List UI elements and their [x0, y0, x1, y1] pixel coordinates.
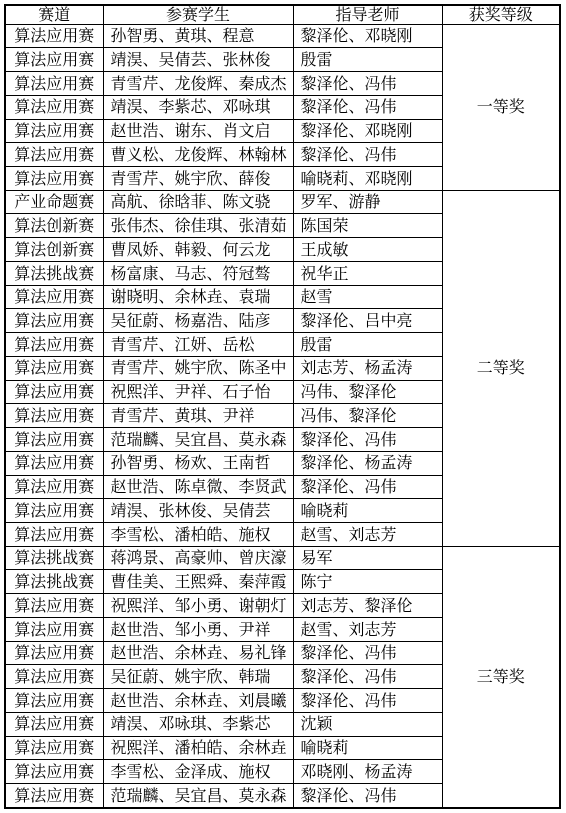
header-row: 赛道参赛学生指导老师获奖等级: [5, 5, 560, 24]
teachers-cell: 黎泽伦、冯伟: [293, 95, 442, 119]
teachers-cell: 殷雷: [293, 48, 442, 72]
awards-table-body: 算法应用赛孙智勇、黄琪、程意黎泽伦、邓晓刚一等奖算法应用赛靖淏、吴倩芸、张林俊殷…: [5, 24, 560, 808]
students-cell: 靖淏、吴倩芸、张林俊: [103, 48, 293, 72]
track-cell: 算法应用赛: [5, 24, 103, 48]
students-cell: 张伟杰、徐佳琪、张清茹: [103, 214, 293, 238]
teachers-cell: 喻晓莉、邓晓刚: [293, 167, 442, 191]
track-cell: 算法应用赛: [5, 167, 103, 191]
teachers-cell: 罗军、游静: [293, 190, 442, 214]
track-cell: 算法应用赛: [5, 736, 103, 760]
teachers-cell: 黎泽伦、冯伟: [293, 689, 442, 713]
track-cell: 算法应用赛: [5, 48, 103, 72]
students-cell: 曹凤娇、韩毅、何云龙: [103, 238, 293, 262]
teachers-cell: 黎泽伦、冯伟: [293, 641, 442, 665]
track-cell: 算法应用赛: [5, 451, 103, 475]
students-cell: 李雪松、潘柏皓、施权: [103, 523, 293, 547]
track-cell: 算法应用赛: [5, 309, 103, 333]
track-cell: 算法应用赛: [5, 404, 103, 428]
track-cell: 算法应用赛: [5, 95, 103, 119]
students-cell: 杨富康、马志、符冠骜: [103, 261, 293, 285]
teachers-cell: 赵雪、刘志芳: [293, 617, 442, 641]
students-cell: 青雪芹、姚宇欣、陈圣中: [103, 356, 293, 380]
teachers-cell: 黎泽伦、邓晓刚: [293, 119, 442, 143]
students-cell: 靖淏、张林俊、吴倩芸: [103, 499, 293, 523]
students-cell: 青雪芹、姚宇欣、薛俊: [103, 167, 293, 191]
awards-table-header: 赛道参赛学生指导老师获奖等级: [5, 5, 560, 24]
teachers-cell: 易军: [293, 546, 442, 570]
students-cell: 孙智勇、黄琪、程意: [103, 24, 293, 48]
students-cell: 李雪松、金泽成、施权: [103, 760, 293, 784]
track-cell: 算法应用赛: [5, 119, 103, 143]
teachers-cell: 黎泽伦、吕中亮: [293, 309, 442, 333]
teachers-cell: 刘志芳、杨孟涛: [293, 356, 442, 380]
track-cell: 算法应用赛: [5, 143, 103, 167]
students-cell: 范瑞麟、吴宜昌、莫永森: [103, 784, 293, 808]
students-cell: 范瑞麟、吴宜昌、莫永森: [103, 428, 293, 452]
track-cell: 算法应用赛: [5, 499, 103, 523]
track-cell: 算法应用赛: [5, 712, 103, 736]
track-cell: 算法应用赛: [5, 641, 103, 665]
teachers-cell: 祝华正: [293, 261, 442, 285]
students-cell: 高航、徐晗菲、陈文骁: [103, 190, 293, 214]
header-cell: 指导老师: [293, 5, 442, 24]
header-cell: 参赛学生: [103, 5, 293, 24]
track-cell: 算法创新赛: [5, 238, 103, 262]
students-cell: 吴征蔚、姚宇欣、韩瑞: [103, 665, 293, 689]
teachers-cell: 赵雪、刘志芳: [293, 523, 442, 547]
students-cell: 赵世浩、余林垚、刘晨曦: [103, 689, 293, 713]
teachers-cell: 黎泽伦、冯伟: [293, 428, 442, 452]
teachers-cell: 赵雪: [293, 285, 442, 309]
students-cell: 靖淏、邓咏琪、李紫芯: [103, 712, 293, 736]
students-cell: 赵世浩、余林垚、易礼锋: [103, 641, 293, 665]
track-cell: 算法应用赛: [5, 380, 103, 404]
award-level-cell: 三等奖: [442, 546, 560, 808]
track-cell: 算法应用赛: [5, 784, 103, 808]
track-cell: 算法应用赛: [5, 689, 103, 713]
track-cell: 算法应用赛: [5, 523, 103, 547]
students-cell: 赵世浩、陈卓微、李贤武: [103, 475, 293, 499]
teachers-cell: 陈国荣: [293, 214, 442, 238]
track-cell: 算法应用赛: [5, 285, 103, 309]
teachers-cell: 刘志芳、黎泽伦: [293, 594, 442, 618]
students-cell: 吴征蔚、杨嘉浩、陆彦: [103, 309, 293, 333]
track-cell: 算法挑战赛: [5, 570, 103, 594]
track-cell: 产业命题赛: [5, 190, 103, 214]
teachers-cell: 黎泽伦、邓晓刚: [293, 24, 442, 48]
track-cell: 算法应用赛: [5, 617, 103, 641]
students-cell: 祝熙洋、尹祥、石子怡: [103, 380, 293, 404]
students-cell: 祝熙洋、潘柏皓、余林垚: [103, 736, 293, 760]
track-cell: 算法应用赛: [5, 665, 103, 689]
teachers-cell: 黎泽伦、冯伟: [293, 72, 442, 96]
track-cell: 算法创新赛: [5, 214, 103, 238]
students-cell: 青雪芹、龙俊辉、秦成杰: [103, 72, 293, 96]
teachers-cell: 黎泽伦、冯伟: [293, 143, 442, 167]
track-cell: 算法挑战赛: [5, 261, 103, 285]
teachers-cell: 陈宁: [293, 570, 442, 594]
awards-table: 赛道参赛学生指导老师获奖等级 算法应用赛孙智勇、黄琪、程意黎泽伦、邓晓刚一等奖算…: [4, 4, 561, 809]
track-cell: 算法挑战赛: [5, 546, 103, 570]
students-cell: 曹佳美、王熙舜、秦萍霞: [103, 570, 293, 594]
teachers-cell: 喻晓莉: [293, 736, 442, 760]
students-cell: 赵世浩、邹小勇、尹祥: [103, 617, 293, 641]
teachers-cell: 黎泽伦、冯伟: [293, 665, 442, 689]
teachers-cell: 喻晓莉: [293, 499, 442, 523]
teachers-cell: 王成敏: [293, 238, 442, 262]
students-cell: 靖淏、李紫芯、邓咏琪: [103, 95, 293, 119]
teachers-cell: 邓晓刚、杨孟涛: [293, 760, 442, 784]
teachers-cell: 黎泽伦、杨孟涛: [293, 451, 442, 475]
track-cell: 算法应用赛: [5, 594, 103, 618]
track-cell: 算法应用赛: [5, 356, 103, 380]
track-cell: 算法应用赛: [5, 475, 103, 499]
students-cell: 曹义松、龙俊辉、林翰林: [103, 143, 293, 167]
students-cell: 蒋鸿景、高豪帅、曾庆濠: [103, 546, 293, 570]
students-cell: 赵世浩、谢东、肖文启: [103, 119, 293, 143]
students-cell: 祝熙洋、邹小勇、谢朝灯: [103, 594, 293, 618]
students-cell: 孙智勇、杨欢、王南哲: [103, 451, 293, 475]
teachers-cell: 殷雷: [293, 333, 442, 357]
track-cell: 算法应用赛: [5, 428, 103, 452]
students-cell: 谢晓明、余林垚、袁瑞: [103, 285, 293, 309]
award-level-cell: 一等奖: [442, 24, 560, 190]
header-cell: 赛道: [5, 5, 103, 24]
track-cell: 算法应用赛: [5, 333, 103, 357]
header-cell: 获奖等级: [442, 5, 560, 24]
track-cell: 算法应用赛: [5, 760, 103, 784]
students-cell: 青雪芹、黄琪、尹祥: [103, 404, 293, 428]
track-cell: 算法应用赛: [5, 72, 103, 96]
teachers-cell: 黎泽伦、冯伟: [293, 475, 442, 499]
table-row: 算法挑战赛蒋鸿景、高豪帅、曾庆濠易军三等奖: [5, 546, 560, 570]
teachers-cell: 冯伟、黎泽伦: [293, 380, 442, 404]
teachers-cell: 沈颖: [293, 712, 442, 736]
table-row: 产业命题赛高航、徐晗菲、陈文骁罗军、游静二等奖: [5, 190, 560, 214]
students-cell: 青雪芹、江妍、岳松: [103, 333, 293, 357]
teachers-cell: 黎泽伦、冯伟: [293, 784, 442, 808]
table-row: 算法应用赛孙智勇、黄琪、程意黎泽伦、邓晓刚一等奖: [5, 24, 560, 48]
award-level-cell: 二等奖: [442, 190, 560, 546]
teachers-cell: 冯伟、黎泽伦: [293, 404, 442, 428]
